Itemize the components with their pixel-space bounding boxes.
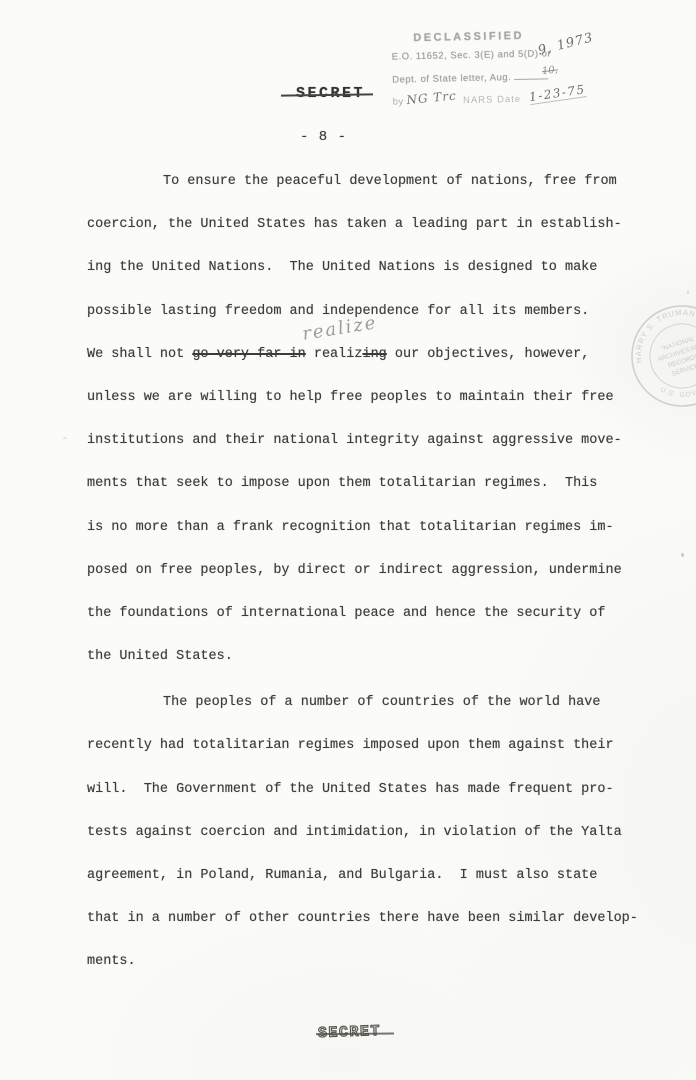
declass-letter-text: Dept. of State letter, Aug. xyxy=(392,72,514,86)
text-line: that in a number of other countries ther… xyxy=(87,897,653,940)
text-line: ing the United Nations. The United Natio… xyxy=(87,246,653,289)
text-line: the United States. xyxy=(87,635,653,678)
edit-mid: realiz xyxy=(306,347,363,362)
text-line: coercion, the United States has taken a … xyxy=(87,203,653,246)
handwritten-nars-date: 1-23-75 xyxy=(528,82,586,105)
struck-phrase: go very far in xyxy=(192,347,305,362)
paragraph-2: The peoples of a number of countries of … xyxy=(87,681,653,983)
text-line: institutions and their national integrit… xyxy=(87,419,653,462)
handwritten-struck-date: 10, xyxy=(541,64,558,77)
scan-artifact xyxy=(687,291,689,294)
body-text: To ensure the peaceful development of na… xyxy=(87,160,653,984)
declass-by-label: by xyxy=(393,96,404,107)
text-line: posed on free peoples, by direct or indi… xyxy=(87,549,653,592)
scan-artifact xyxy=(63,437,67,439)
edited-text-line: We shall not go very far in realizing ou… xyxy=(87,333,653,376)
document-page: DECLASSIFIED E.O. 11652, Sec. 3(E) and 5… xyxy=(0,0,696,1080)
text-line: The peoples of a number of countries of … xyxy=(87,681,653,724)
scan-artifact xyxy=(681,553,684,557)
struck-suffix: ing xyxy=(362,347,386,362)
text-line: will. The Government of the United State… xyxy=(87,768,653,811)
secret-stamp-bottom: SECRET xyxy=(318,1023,382,1042)
declass-title: DECLASSIFIED xyxy=(413,30,524,44)
handwritten-initials: NG Trc xyxy=(406,89,457,108)
declassification-stamp: DECLASSIFIED E.O. 11652, Sec. 3(E) and 5… xyxy=(391,27,643,112)
secret-stamp-top: SECRET xyxy=(296,85,365,102)
declass-letter-line: Dept. of State letter, Aug. xyxy=(392,70,548,85)
text-line: recently had totalitarian regimes impose… xyxy=(87,724,653,767)
text-line: ments. xyxy=(87,940,653,983)
text-line: is no more than a frank recognition that… xyxy=(87,506,653,549)
text-line: To ensure the peaceful development of na… xyxy=(87,160,653,203)
text-line: the foundations of international peace a… xyxy=(87,592,653,635)
edit-before: We shall not xyxy=(87,347,192,362)
page-number: - 8 - xyxy=(300,129,347,145)
nars-date-label: NARS Date xyxy=(463,94,521,106)
text-line: agreement, in Poland, Rumania, and Bulga… xyxy=(87,854,653,897)
declass-eo-line: E.O. 11652, Sec. 3(E) and 5(D) or xyxy=(392,48,552,62)
text-line: ments that seek to impose upon them tota… xyxy=(87,462,653,505)
handwritten-date-1973: 9, 1973 xyxy=(537,30,596,58)
text-line: unless we are willing to help free peopl… xyxy=(87,376,653,419)
archive-stamp: HARRY S. TRUMAN LIBRARY U.S. GOVERNMENT … xyxy=(622,296,696,416)
text-line: tests against coercion and intimidation,… xyxy=(87,811,653,854)
declass-by-line: byNG TrcNARS Date1-23-75 xyxy=(392,90,586,109)
edit-after: our objectives, however, xyxy=(387,347,590,362)
